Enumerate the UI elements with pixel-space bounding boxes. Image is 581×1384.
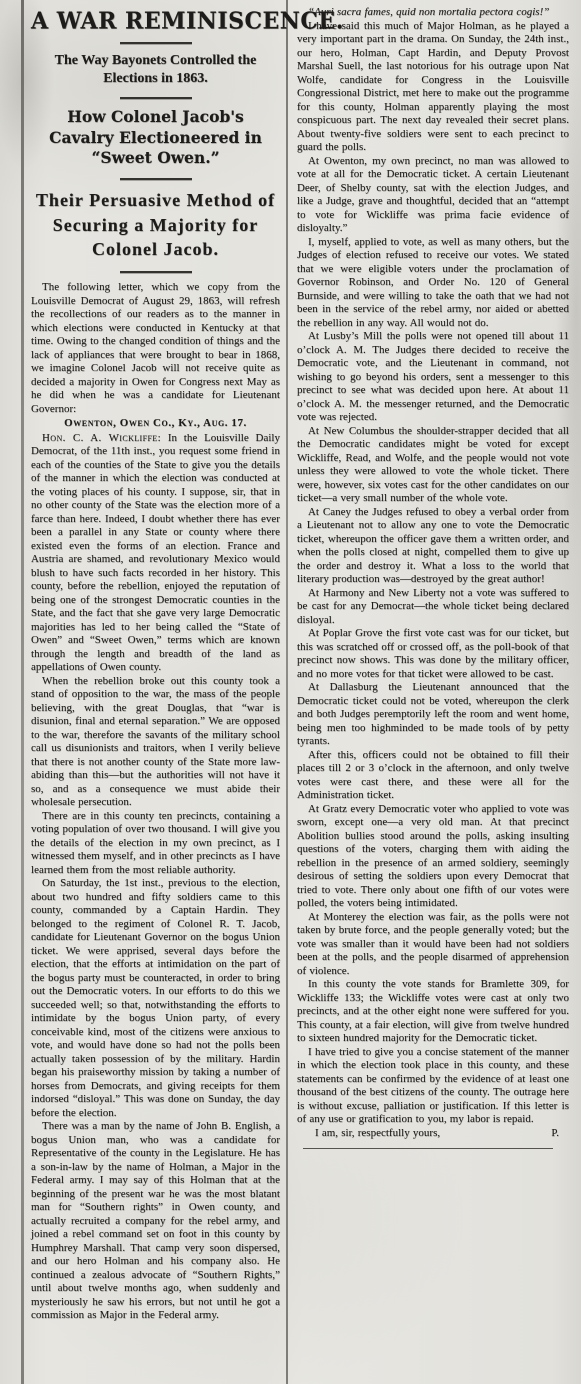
- column-2: “Auri sacra fames, quid non mortalia pec…: [297, 6, 569, 1149]
- dateline: Owenton, Owen Co., Ky., Aug. 17.: [31, 417, 280, 431]
- letter-opening-text: In the Louisville Daily Democrat, of the…: [31, 432, 280, 674]
- letter-paragraph: I, myself, applied to vote, as well as m…: [297, 236, 569, 331]
- subhead-rule-1: [120, 97, 192, 99]
- column-1: A WAR REMINISCENCE. The Way Bayonets Con…: [31, 5, 280, 1323]
- letter-paragraph: On Saturday, the 1st inst., previous to …: [31, 877, 280, 1120]
- letter-paragraph: At Dallasburg the Lieutenant announced t…: [297, 681, 569, 749]
- letter-paragraph: When the rebellion broke out this county…: [31, 675, 280, 810]
- letter-paragraph: At Lusby’s Mill the polls were not opene…: [297, 330, 569, 425]
- letter-paragraph: At Harmony and New Liberty not a vote wa…: [297, 587, 569, 628]
- subhead-persuasive-method: Their Persuasive Method of Securing a Ma…: [31, 188, 280, 262]
- latin-quote: “Auri sacra fames, quid non mortalia pec…: [297, 6, 569, 20]
- letter-paragraph: At Caney the Judges refused to obey a ve…: [297, 506, 569, 587]
- editorial-intro-paragraph: The following letter, which we copy from…: [31, 281, 280, 416]
- column-divider-rule: [286, 0, 288, 1384]
- letter-end-rule: [303, 1148, 553, 1149]
- letter-opening-paragraph: Hon. C. A. Wickliffe: In the Louisville …: [31, 432, 280, 675]
- letter-paragraph: At Poplar Grove the first vote cast was …: [297, 627, 569, 681]
- subhead-cavalry: How Colonel Jacob's Cavalry Electioneere…: [37, 107, 274, 168]
- left-column-rule: [21, 0, 24, 1384]
- letter-paragraph: I have said this much of Major Holman, a…: [297, 20, 569, 155]
- subhead-bayonets: The Way Bayonets Controlled the Election…: [31, 52, 280, 88]
- letter-paragraph: At Owenton, my own precinct, no man was …: [297, 155, 569, 236]
- letter-paragraph: In this county the vote stands for Braml…: [297, 978, 569, 1046]
- letter-paragraph: At New Columbus the shoulder-strapper de…: [297, 425, 569, 506]
- newspaper-page: A WAR REMINISCENCE. The Way Bayonets Con…: [0, 0, 581, 1384]
- letter-paragraph: At Monterey the election was fair, as th…: [297, 911, 569, 979]
- letter-paragraph: I have tried to give you a concise state…: [297, 1046, 569, 1127]
- signature-initial: P.: [551, 1127, 559, 1141]
- subhead-rule-2: [120, 178, 192, 180]
- salutation: Hon. C. A. Wickliffe:: [42, 432, 161, 444]
- letter-paragraph: There was a man by the name of John B. E…: [31, 1120, 280, 1323]
- closing-text: I am, sir, respectfully yours,: [315, 1127, 440, 1141]
- letter-paragraph: After this, officers could not be obtain…: [297, 749, 569, 803]
- headline: A WAR REMINISCENCE.: [31, 7, 280, 35]
- letter-paragraph: There are in this county ten precincts, …: [31, 810, 280, 878]
- letter-paragraph: At Gratz every Democratic voter who appl…: [297, 803, 569, 911]
- headline-rule: [120, 42, 192, 44]
- closing-line: I am, sir, respectfully yours,P.: [297, 1127, 569, 1141]
- subhead-rule-3: [120, 271, 192, 273]
